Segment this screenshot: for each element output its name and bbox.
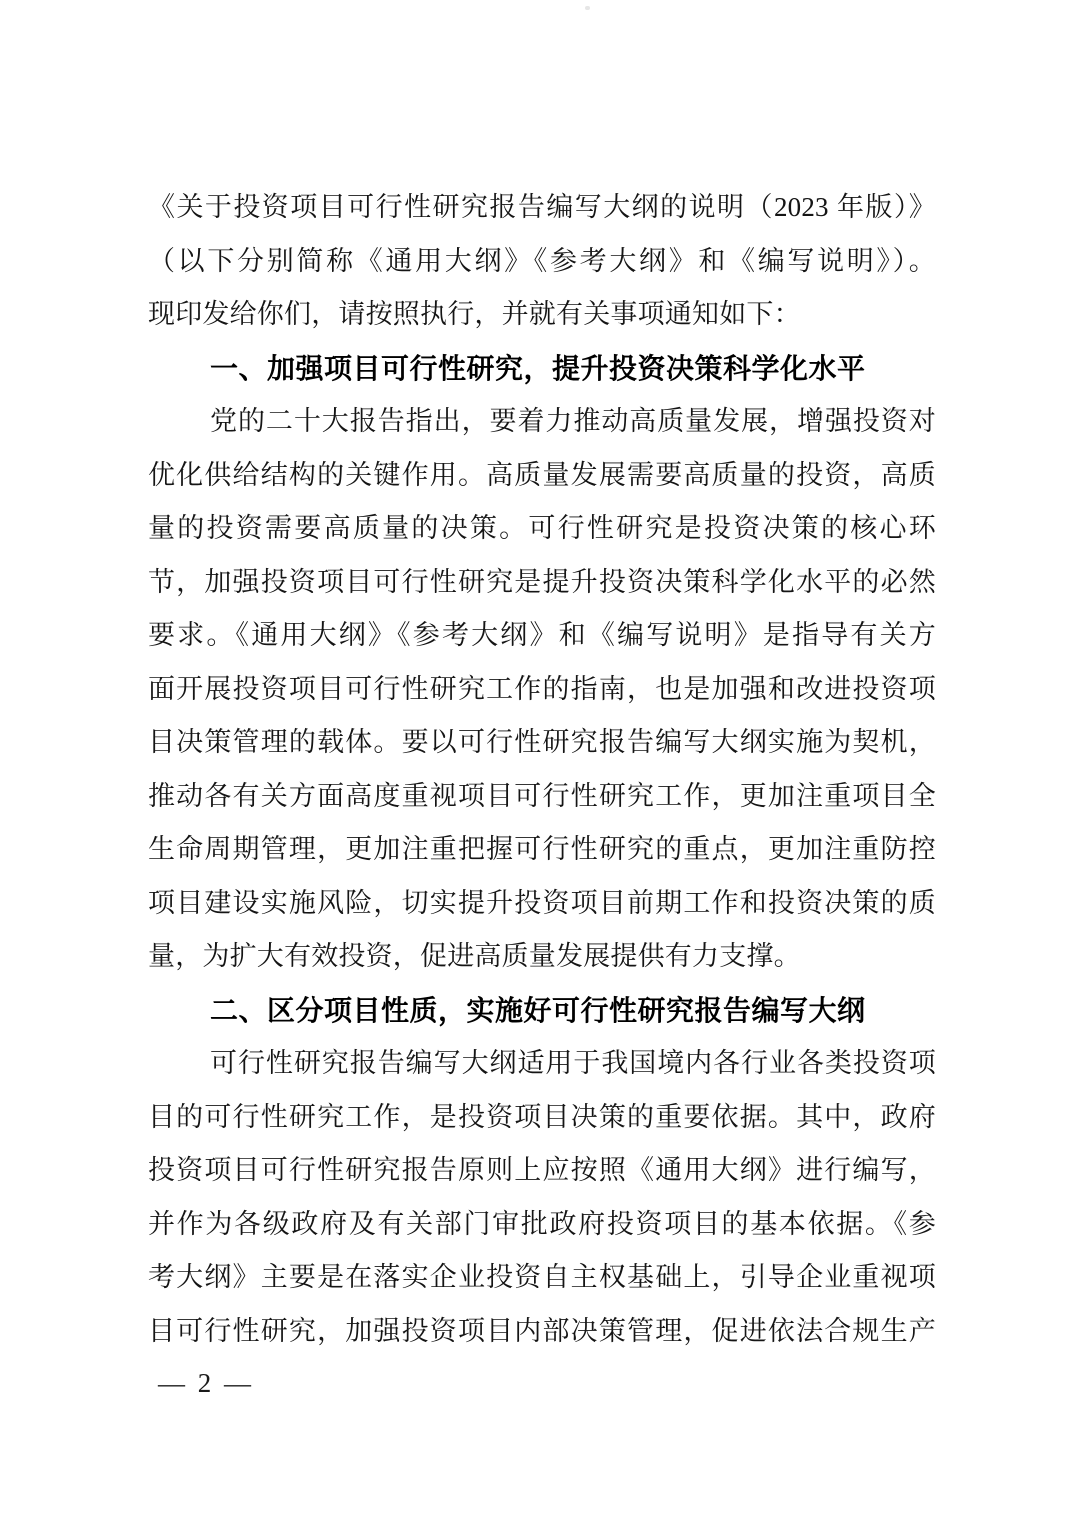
text-line: 目的可行性研究工作，是投资项目决策的重要依据。其中，政府	[148, 1091, 936, 1145]
page-number: — 2 —	[158, 1356, 254, 1410]
text-line: 推动各有关方面高度重视项目可行性研究工作，更加注重项目全	[148, 770, 936, 824]
text-line: 党的二十大报告指出，要着力推动高质量发展，增强投资对	[148, 395, 936, 449]
text-line: （以下分别简称《通用大纲》《参考大纲》和《编写说明》）。	[148, 235, 936, 289]
text-line: 目可行性研究，加强投资项目内部决策管理，促进依法合规生产	[148, 1305, 936, 1359]
text-line: 《关于投资项目可行性研究报告编写大纲的说明（2023 年版）》	[148, 181, 936, 235]
document-body: 《关于投资项目可行性研究报告编写大纲的说明（2023 年版）》（以下分别简称《通…	[148, 181, 936, 1358]
section-heading: 二、区分项目性质，实施好可行性研究报告编写大纲	[148, 984, 936, 1038]
text-line: 生命周期管理，更加注重把握可行性研究的重点，更加注重防控	[148, 823, 936, 877]
text-line: 投资项目可行性研究报告原则上应按照《通用大纲》进行编写，	[148, 1144, 936, 1198]
text-line: 要求。《通用大纲》《参考大纲》和《编写说明》是指导有关方	[148, 609, 936, 663]
text-line: 量的投资需要高质量的决策。可行性研究是投资决策的核心环	[148, 502, 936, 556]
text-line: 目决策管理的载体。要以可行性研究报告编写大纲实施为契机，	[148, 716, 936, 770]
text-line: 现印发给你们，请按照执行，并就有关事项通知如下：	[148, 288, 936, 342]
text-line: 可行性研究报告编写大纲适用于我国境内各行业各类投资项	[148, 1037, 936, 1091]
text-line: 项目建设实施风险，切实提升投资项目前期工作和投资决策的质	[148, 877, 936, 931]
text-line: 面开展投资项目可行性研究工作的指南，也是加强和改进投资项	[148, 663, 936, 717]
document-page: 《关于投资项目可行性研究报告编写大纲的说明（2023 年版）》（以下分别简称《通…	[0, 0, 1080, 1526]
text-line: 节，加强投资项目可行性研究是提升投资决策科学化水平的必然	[148, 556, 936, 610]
text-line: 量，为扩大有效投资，促进高质量发展提供有力支撑。	[148, 930, 936, 984]
text-line: 并作为各级政府及有关部门审批政府投资项目的基本依据。《参	[148, 1198, 936, 1252]
section-heading: 一、加强项目可行性研究，提升投资决策科学化水平	[148, 342, 936, 396]
scan-artifact	[585, 6, 590, 10]
text-line: 优化供给结构的关键作用。高质量发展需要高质量的投资，高质	[148, 449, 936, 503]
text-line: 考大纲》主要是在落实企业投资自主权基础上，引导企业重视项	[148, 1251, 936, 1305]
